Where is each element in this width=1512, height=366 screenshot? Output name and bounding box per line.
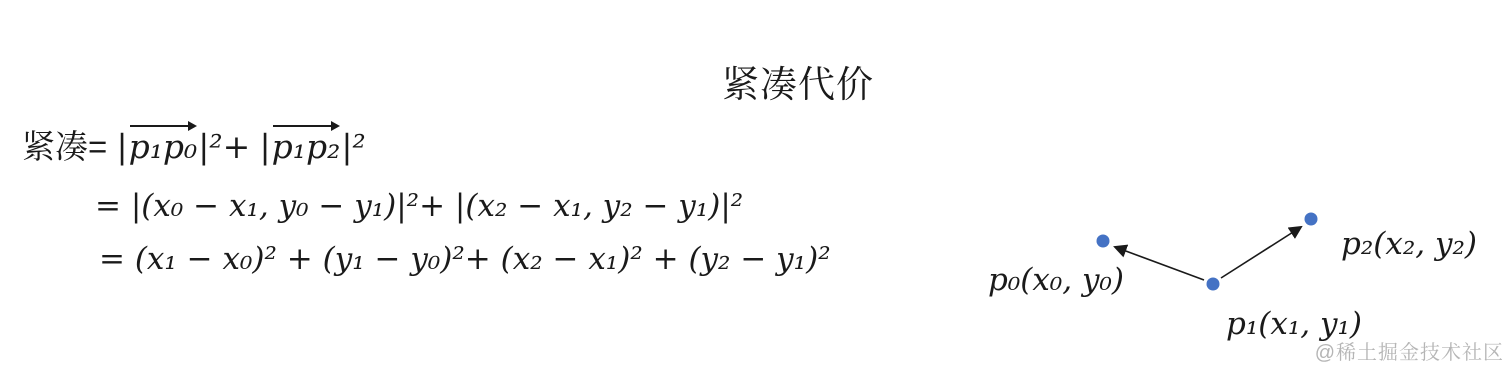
abs-bar: | (259, 127, 270, 166)
formula-line-1: 紧凑= |p₁p₀|²+ |p₁p₂|² (22, 121, 366, 168)
formula-line-3: = (x₁ − x₀)² + (y₁ − y₀)²+ (x₂ − x₁)² + … (99, 241, 831, 277)
point-p1-dot (1207, 278, 1220, 291)
abs-bar: | (116, 127, 127, 166)
page-title: 紧凑代价 (722, 54, 874, 108)
formula-line-2: = |(x₀ − x₁, y₀ − y₁)|²+ |(x₂ − x₁, y₂ −… (95, 188, 743, 224)
point-p0-dot (1097, 235, 1110, 248)
arrow-p1-to-p0 (1115, 247, 1204, 280)
abs-bar-squared: |² (341, 127, 365, 166)
watermark: @稀土掘金技术社区 (1315, 336, 1504, 365)
abs-bar-squared: |² (198, 127, 222, 166)
plus-sign: + (223, 127, 251, 166)
vector-p1p2: p₁p₂ (272, 124, 341, 166)
point-p2-label: p₂(x₂, y₂) (1341, 226, 1477, 262)
point-p2-dot (1305, 213, 1318, 226)
point-p0-label: p₀(x₀, y₀) (988, 262, 1124, 298)
arrow-p1-to-p2 (1221, 227, 1301, 278)
slide-canvas: 紧凑代价 紧凑= |p₁p₀|²+ |p₁p₂|² = |(x₀ − x₁, y… (0, 0, 1512, 366)
equals-sign: = (88, 128, 107, 165)
formula-lhs-label: 紧凑 (22, 128, 88, 165)
vector-p1p0: p₁p₀ (129, 124, 198, 166)
